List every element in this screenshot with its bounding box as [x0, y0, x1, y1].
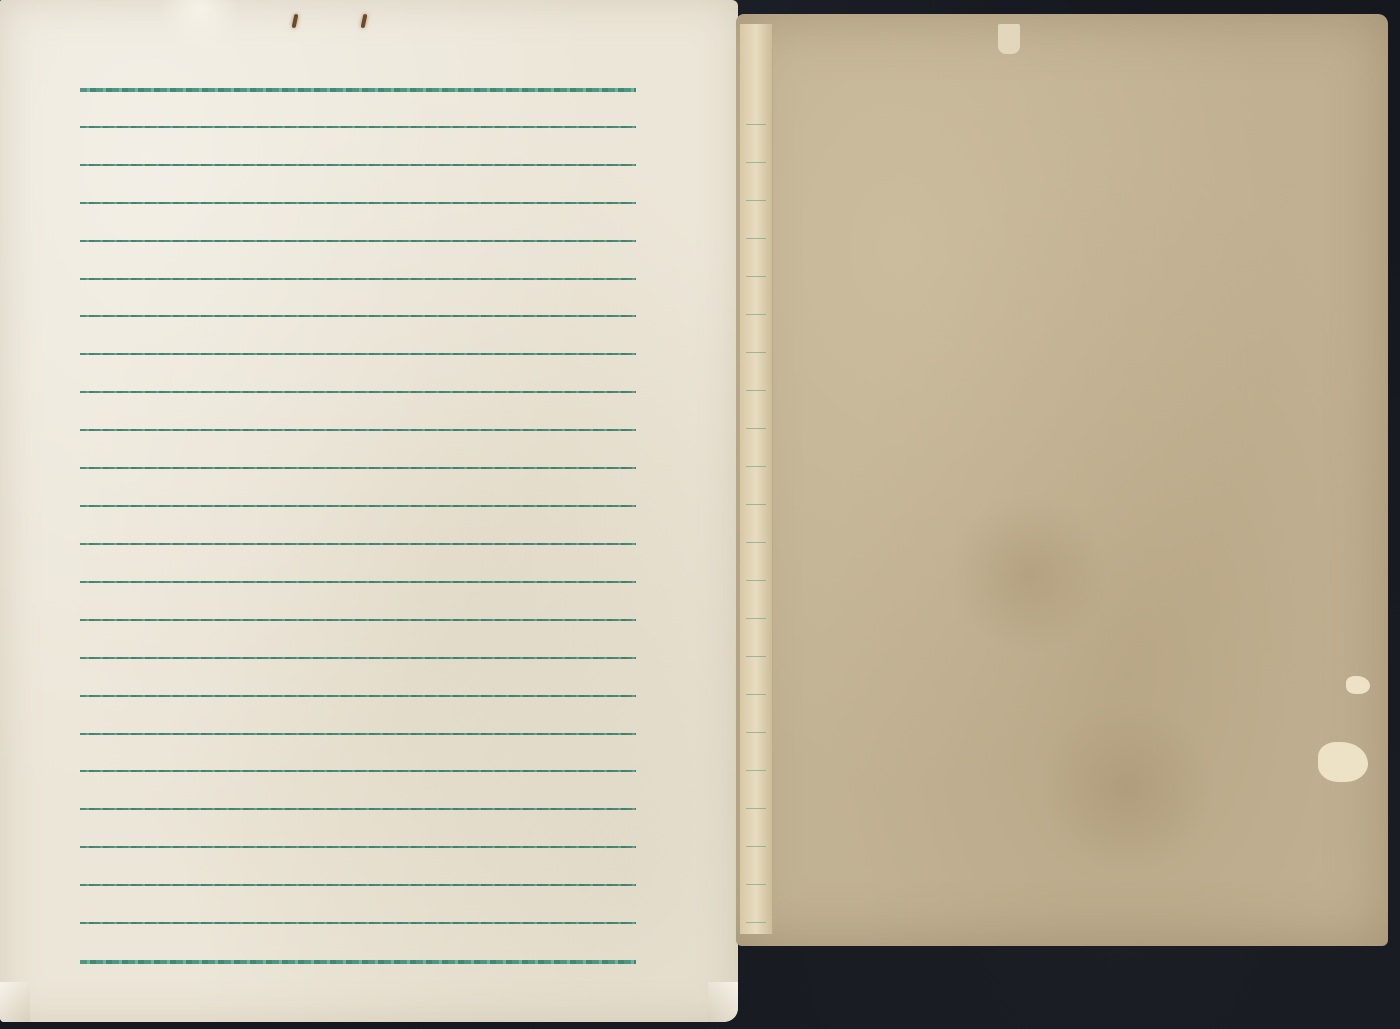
ruled-line	[80, 391, 636, 393]
ruled-line	[80, 657, 636, 659]
page-edge-tick	[746, 542, 766, 543]
page-edge-tick	[746, 694, 766, 695]
page-edge-tick	[746, 352, 766, 353]
ruled-line	[80, 126, 636, 128]
ruled-line	[80, 581, 636, 583]
ruled-line	[80, 884, 636, 886]
ruled-line	[80, 543, 636, 545]
page-edge-tick	[746, 238, 766, 239]
paper-chip	[1318, 742, 1368, 782]
page-edge-tick	[746, 922, 766, 923]
page-edge-tick	[746, 466, 766, 467]
ruled-line	[80, 429, 636, 431]
notebook-cover	[736, 14, 1388, 946]
page-edge-tick	[746, 504, 766, 505]
ruled-line	[80, 733, 636, 735]
page-edge-tick	[746, 124, 766, 125]
ruled-line	[80, 922, 636, 924]
torn-tab	[998, 24, 1020, 54]
page-edge-tick	[746, 618, 766, 619]
ruled-line	[80, 695, 636, 697]
page-edge-tick	[746, 808, 766, 809]
page-edge-tick	[746, 770, 766, 771]
page-edge-tick	[746, 846, 766, 847]
lined-notebook-page	[0, 0, 738, 1022]
ruled-line	[80, 846, 636, 848]
ruled-lines	[80, 88, 636, 968]
folded-corner	[708, 982, 738, 1022]
ruled-line	[80, 770, 636, 772]
page-edge-tick	[746, 428, 766, 429]
ruled-line	[80, 619, 636, 621]
ruled-line	[80, 353, 636, 355]
paper-chip	[1346, 676, 1370, 694]
ruled-line	[80, 467, 636, 469]
page-edge-tick	[746, 276, 766, 277]
ruled-line	[80, 278, 636, 280]
page-edge-tick	[746, 390, 766, 391]
ruled-line	[80, 164, 636, 166]
page-edge-tick	[746, 656, 766, 657]
ruled-line	[80, 505, 636, 507]
page-edge-tick	[746, 200, 766, 201]
ruled-line	[80, 808, 636, 810]
ruled-line	[80, 202, 636, 204]
ruled-line	[80, 88, 636, 92]
ruled-line	[80, 315, 636, 317]
staple-hole	[361, 14, 368, 29]
torn-paper-mark	[160, 0, 240, 50]
staple-hole	[292, 14, 299, 29]
page-edge-tick	[746, 732, 766, 733]
page-edge-strip	[740, 24, 773, 934]
page-edge-tick	[746, 580, 766, 581]
page-edge-tick	[746, 162, 766, 163]
ruled-line	[80, 240, 636, 242]
page-edge-tick	[746, 314, 766, 315]
page-edge-tick	[746, 884, 766, 885]
ruled-line	[80, 960, 636, 964]
folded-corner	[0, 982, 30, 1022]
